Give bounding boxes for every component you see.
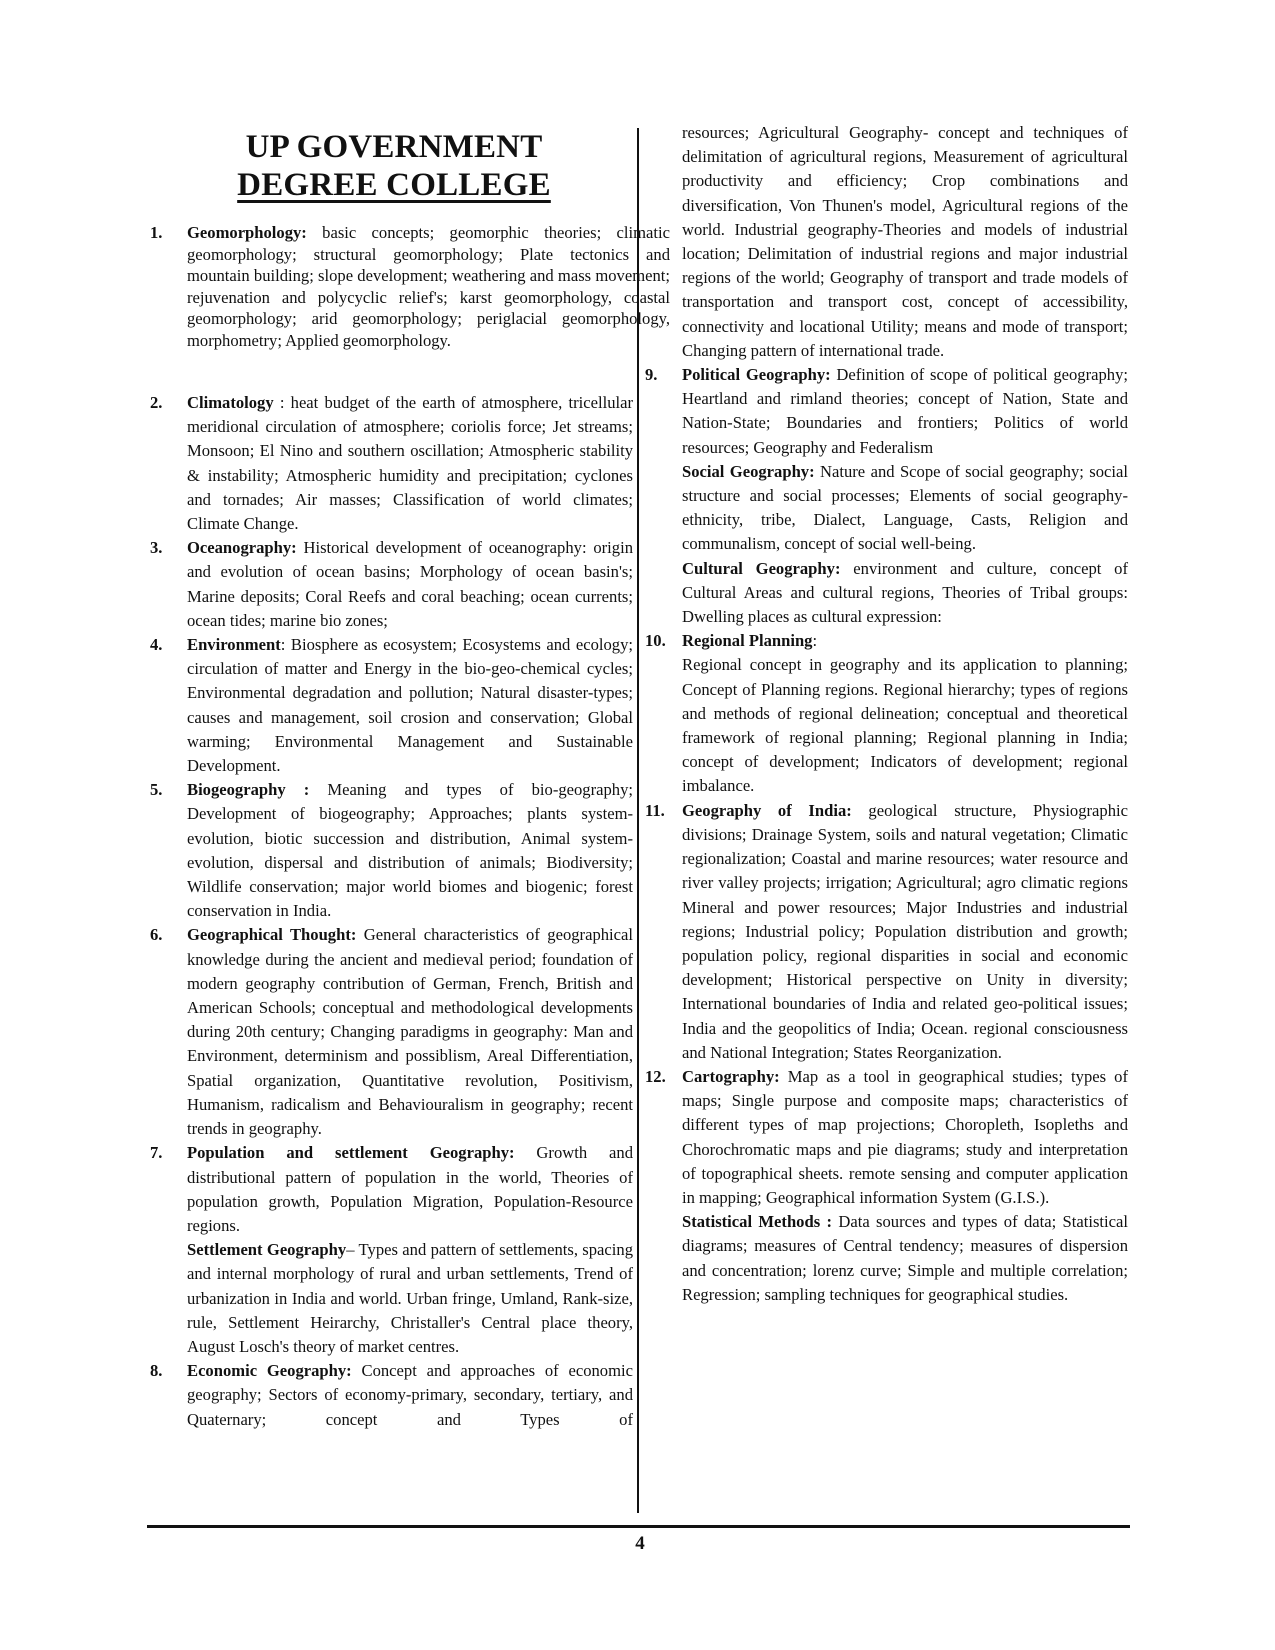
item-heading: Political Geography:	[682, 365, 831, 384]
item-text: geological structure, Physiographic divi…	[682, 801, 1128, 1062]
item-text: :	[812, 631, 817, 650]
item-text: General characteristics of geographical …	[187, 925, 633, 1138]
item-heading: Climatology	[187, 393, 274, 412]
item-heading: Geographical Thought:	[187, 925, 356, 944]
item-text: : Biosphere as ecosystem; Ecosystems and…	[187, 635, 633, 775]
item-heading: Biogeography :	[187, 780, 309, 799]
syllabus-item-7: 7. Population and settlement Geography: …	[150, 1141, 633, 1359]
item-text: Map as a tool in geographical studies; t…	[682, 1067, 1128, 1207]
item-subsection: Cultural Geography: environment and cult…	[682, 557, 1128, 630]
item-number: 10.	[645, 629, 666, 653]
page-number: 4	[600, 1533, 680, 1555]
syllabus-item-11: 11. Geography of India: geological struc…	[645, 799, 1128, 1065]
item-subsection: Settlement Geography– Types and pattern …	[187, 1238, 633, 1359]
item-text: Meaning and types of bio-geography; Deve…	[187, 780, 633, 920]
syllabus-item-6: 6. Geographical Thought: General charact…	[150, 923, 633, 1141]
title-line-2: DEGREE COLLEGE	[237, 167, 551, 203]
item-heading: Population and settlement Geography:	[187, 1143, 515, 1162]
item-text: basic concepts; geomorphic theories; cli…	[187, 223, 670, 350]
subsection-heading: Statistical Methods :	[682, 1212, 832, 1231]
footer-rule	[147, 1525, 1130, 1528]
item-number: 2.	[150, 391, 162, 415]
item-subsection: Regional concept in geography and its ap…	[682, 653, 1128, 798]
item-subsection: Social Geography: Nature and Scope of so…	[682, 460, 1128, 557]
syllabus-item-1: 1. Geomorphology: basic concepts; geomor…	[150, 222, 670, 352]
syllabus-item-9: 9. Political Geography: Definition of sc…	[645, 363, 1128, 629]
item-number: 6.	[150, 923, 162, 947]
item-heading: Geography of India:	[682, 801, 852, 820]
syllabus-item-12: 12. Cartography: Map as a tool in geogra…	[645, 1065, 1128, 1307]
syllabus-item-5: 5. Biogeography : Meaning and types of b…	[150, 778, 633, 923]
item-number: 1.	[150, 222, 162, 244]
subsection-heading: Settlement Geography	[187, 1240, 346, 1259]
title-line-1: UP GOVERNMENT	[150, 128, 638, 166]
document-page: UP GOVERNMENT DEGREE COLLEGE 1. Geomorph…	[0, 0, 1275, 1650]
page-title: UP GOVERNMENT DEGREE COLLEGE	[150, 128, 638, 204]
item-number: 11.	[645, 799, 665, 823]
item-heading: Cartography:	[682, 1067, 780, 1086]
item-heading: Regional Planning	[682, 631, 812, 650]
syllabus-item-4: 4. Environment: Biosphere as ecosystem; …	[150, 633, 633, 778]
syllabus-item-3: 3. Oceanography: Historical development …	[150, 536, 633, 633]
item-heading: Geomorphology:	[187, 223, 307, 242]
item-8-continuation: resources; Agricultural Geography- conce…	[645, 121, 1128, 363]
item-number: 3.	[150, 536, 162, 560]
item-heading: Environment	[187, 635, 281, 654]
item-text: : heat budget of the earth of atmosphere…	[187, 393, 633, 533]
item-number: 9.	[645, 363, 657, 387]
syllabus-item-10: 10. Regional Planning: Regional concept …	[645, 629, 1128, 798]
item-number: 4.	[150, 633, 162, 657]
item-number: 12.	[645, 1065, 666, 1089]
item-heading: Economic Geography:	[187, 1361, 352, 1380]
item-heading: Oceanography:	[187, 538, 297, 557]
syllabus-item-2: 2. Climatology : heat budget of the eart…	[150, 391, 633, 536]
item-number: 7.	[150, 1141, 162, 1165]
item-subsection: Statistical Methods : Data sources and t…	[682, 1210, 1128, 1307]
syllabus-item-8: 8. Economic Geography: Concept and appro…	[150, 1359, 633, 1432]
subsection-heading: Social Geography:	[682, 462, 815, 481]
subsection-heading: Cultural Geography:	[682, 559, 840, 578]
item-number: 8.	[150, 1359, 162, 1383]
item-number: 5.	[150, 778, 162, 802]
subsection-text: Regional concept in geography and its ap…	[682, 655, 1128, 795]
